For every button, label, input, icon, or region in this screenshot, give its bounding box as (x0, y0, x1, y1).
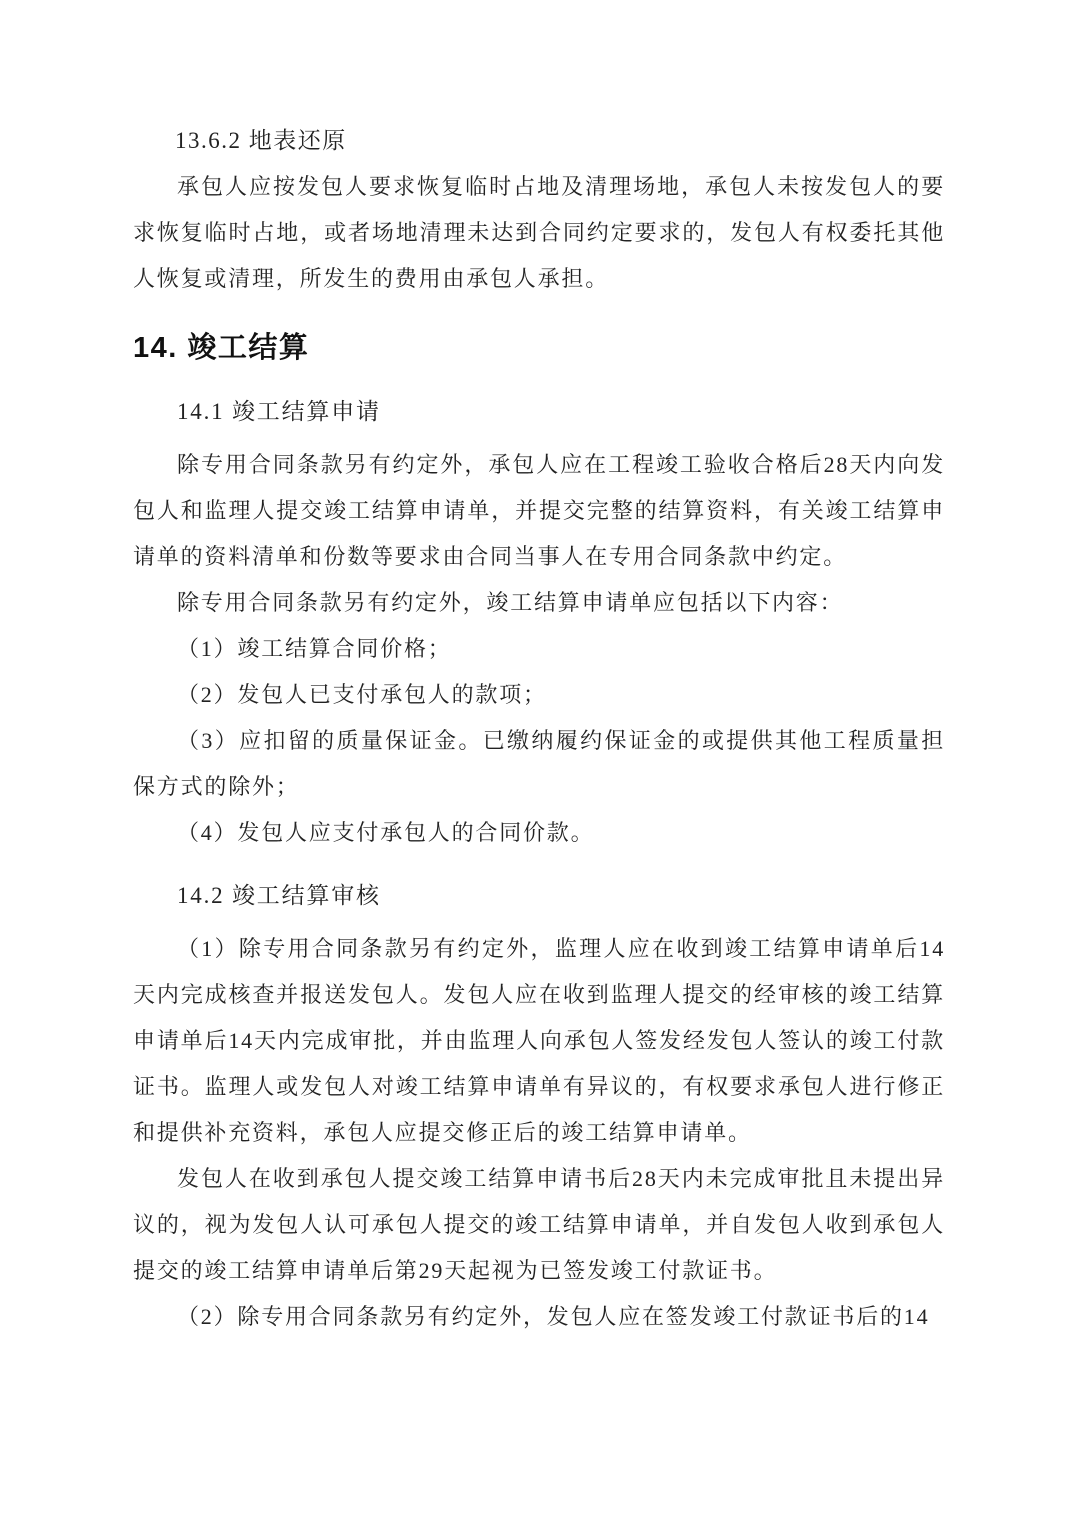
paragraph-14-2-item-2-payment-deadline: （2）除专用合同条款另有约定外，发包人应在签发竣工付款证书后的14 (133, 1294, 945, 1340)
paragraph-14-2-deemed-approval: 发包人在收到承包人提交竣工结算申请书后28天内未完成审批且未提出异议的，视为发包… (133, 1156, 945, 1294)
section-heading-14-1-settlement-application: 14.1 竣工结算申请 (177, 390, 945, 434)
paragraph-14-1-intro: 除专用合同条款另有约定外，承包人应在工程竣工验收合格后28天内向发包人和监理人提… (133, 442, 945, 580)
paragraph-14-2-item-1-review-process: （1）除专用合同条款另有约定外，监理人应在收到竣工结算申请单后14天内完成核查并… (133, 926, 945, 1156)
heading-13-6-2-surface-restoration: 13.6.2 地表还原 (175, 118, 945, 164)
list-item-1-contract-price: （1）竣工结算合同价格； (133, 626, 945, 672)
chapter-heading-14-completion-settlement: 14. 竣工结算 (133, 326, 945, 370)
paragraph-14-1-contents-lead-in: 除专用合同条款另有约定外，竣工结算申请单应包括以下内容： (133, 580, 945, 626)
list-item-3-quality-retention: （3）应扣留的质量保证金。已缴纳履约保证金的或提供其他工程质量担保方式的除外； (133, 718, 945, 810)
document-page: 13.6.2 地表还原 承包人应按发包人要求恢复临时占地及清理场地，承包人未按发… (0, 0, 1074, 1520)
list-item-2-paid-amounts: （2）发包人已支付承包人的款项； (133, 672, 945, 718)
section-heading-14-2-settlement-review: 14.2 竣工结算审核 (177, 874, 945, 918)
paragraph-surface-restoration-body: 承包人应按发包人要求恢复临时占地及清理场地，承包人未按发包人的要求恢复临时占地，… (133, 164, 945, 302)
list-item-4-payable-amount: （4）发包人应支付承包人的合同价款。 (133, 810, 945, 856)
